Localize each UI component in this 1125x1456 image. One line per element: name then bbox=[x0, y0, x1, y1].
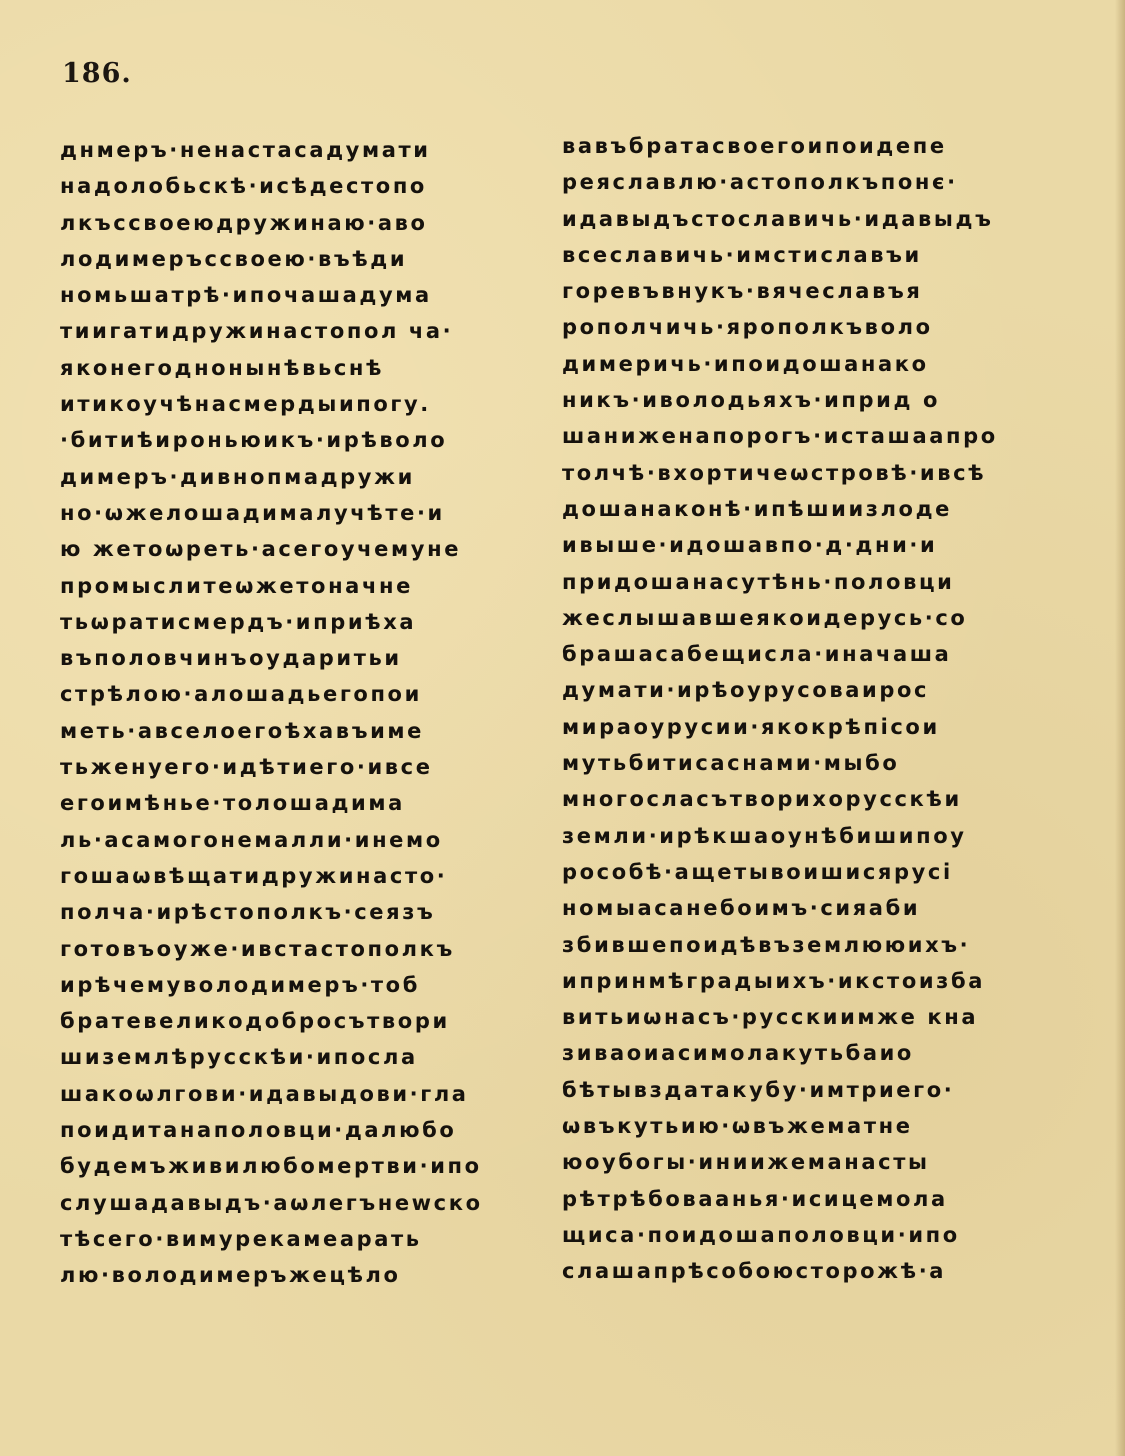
manuscript-line: номьшатрѣ·ипочашадума bbox=[60, 277, 520, 313]
manuscript-line: юоубогы·иниижеманасты bbox=[562, 1144, 1042, 1180]
page-edge-shadow bbox=[1115, 0, 1125, 1456]
manuscript-line: ѡвъкутьию·ѡвъжематне bbox=[562, 1108, 1042, 1144]
manuscript-line: тиигатидружинастопол ча· bbox=[60, 313, 520, 349]
manuscript-line: лю·володимеръжецѣло bbox=[60, 1257, 520, 1293]
manuscript-line: мутьбитисаснами·мыбо bbox=[562, 745, 1042, 781]
manuscript-line: въполовчинъоударитьи bbox=[60, 640, 520, 676]
manuscript-line: ивыше·идошавпо·д·дни·и bbox=[562, 527, 1042, 563]
manuscript-line: слушадавыдъ·аѡлегънеwско bbox=[60, 1185, 520, 1221]
manuscript-line: но·ѡжелошадималучѣте·и bbox=[60, 495, 520, 531]
manuscript-line: вавъбратасвоегоипоидепе bbox=[562, 128, 1042, 164]
manuscript-line: ипринмѣградыихъ·икстоизба bbox=[562, 963, 1042, 999]
manuscript-line: щиса·поидошаполовци·ипо bbox=[562, 1217, 1042, 1253]
manuscript-line: полча·ирѣстополкъ·сеязъ bbox=[60, 894, 520, 930]
manuscript-line: будемъживилюбомертви·ипо bbox=[60, 1148, 520, 1184]
manuscript-line: поидитанаполовци·далюбо bbox=[60, 1112, 520, 1148]
manuscript-line: збившепоидѣвъземлююихъ· bbox=[562, 927, 1042, 963]
manuscript-line: лкъссвоеюдружинаю·аво bbox=[60, 205, 520, 241]
manuscript-line: витьиѡнасъ·русскиимже кна bbox=[562, 999, 1042, 1035]
manuscript-line: надолобьскѣ·исѣдестопо bbox=[60, 168, 520, 204]
manuscript-line: димеричь·ипоидошанако bbox=[562, 346, 1042, 382]
manuscript-line: яконегоднонынѣвьснѣ bbox=[60, 350, 520, 386]
manuscript-line: ю жетоѡреть·асегоучемуне bbox=[60, 531, 520, 567]
manuscript-line: идавыдъстославичь·идавыдъ bbox=[562, 201, 1042, 237]
manuscript-line: многосласътворихорусскѣи bbox=[562, 781, 1042, 817]
manuscript-line: рополчичь·ярополкъволо bbox=[562, 309, 1042, 345]
manuscript-line: шаниженапорогъ·исташаапро bbox=[562, 418, 1042, 454]
manuscript-line: шакоѡлгови·идавыдови·гла bbox=[60, 1076, 520, 1112]
manuscript-line: меть·авселоегоѣхавъиме bbox=[60, 713, 520, 749]
manuscript-line: бѣтывздатакубу·имтриего· bbox=[562, 1072, 1042, 1108]
manuscript-line: итикоучѣнасмердыипогу. bbox=[60, 386, 520, 422]
manuscript-line: егоимѣнье·толошадима bbox=[60, 785, 520, 821]
manuscript-line: горевъвнукъ·вячеславъя bbox=[562, 273, 1042, 309]
manuscript-line: стрѣлою·алошадьегопои bbox=[60, 676, 520, 712]
manuscript-line: придошанасутѣнь·половци bbox=[562, 564, 1042, 600]
manuscript-line: гошаѡвѣщатидружинасто· bbox=[60, 858, 520, 894]
manuscript-line: днмеръ·ненастасадумати bbox=[60, 132, 520, 168]
manuscript-line: ирѣчемуволодимеръ·тоб bbox=[60, 967, 520, 1003]
page-number: 186. bbox=[62, 58, 132, 89]
left-text-column: днмеръ·ненастасадуматинадолобьскѣ·исѣдес… bbox=[60, 132, 520, 1294]
manuscript-line: никъ·иволодьяхъ·иприд о bbox=[562, 382, 1042, 418]
manuscript-line: тьженуего·идѣтиего·ивсе bbox=[60, 749, 520, 785]
manuscript-line: готовъоуже·ивстастополкъ bbox=[60, 931, 520, 967]
manuscript-line: жеслышавшеякоидерусь·со bbox=[562, 600, 1042, 636]
manuscript-line: мираоурусии·якокрѣпісои bbox=[562, 709, 1042, 745]
manuscript-line: всеславичь·имстиславъи bbox=[562, 237, 1042, 273]
manuscript-line: рособѣ·ащетывоишисярусі bbox=[562, 854, 1042, 890]
manuscript-line: тѣсего·вимурекамеарать bbox=[60, 1221, 520, 1257]
manuscript-line: номыасанебоимъ·сияаби bbox=[562, 890, 1042, 926]
manuscript-line: димеръ·дивнопмадружи bbox=[60, 459, 520, 495]
manuscript-line: земли·ирѣкшаоунѣбишипоу bbox=[562, 818, 1042, 854]
manuscript-line: реяславлю·астополкъпонє· bbox=[562, 164, 1042, 200]
manuscript-line: рѣтрѣбоваанья·исицемола bbox=[562, 1181, 1042, 1217]
manuscript-line: толчѣ·вхортичеѡстровѣ·ивсѣ bbox=[562, 455, 1042, 491]
manuscript-line: слашапрѣсобоюсторожѣ·а bbox=[562, 1253, 1042, 1289]
manuscript-line: шиземлѣрусскѣи·ипосла bbox=[60, 1039, 520, 1075]
right-text-column: вавъбратасвоегоипоидепереяславлю·астопол… bbox=[562, 128, 1042, 1290]
manuscript-line: зиваоиасимолакутьбаио bbox=[562, 1035, 1042, 1071]
manuscript-line: лодимеръссвоею·въѣди bbox=[60, 241, 520, 277]
manuscript-line: тьѡратисмердъ·иприѣха bbox=[60, 604, 520, 640]
manuscript-line: промыслитеѡжетоначне bbox=[60, 568, 520, 604]
manuscript-line: думати·ирѣоурусоваирос bbox=[562, 672, 1042, 708]
manuscript-line: ль·асамогонемалли·инемо bbox=[60, 822, 520, 858]
manuscript-line: дошанаконѣ·ипѣшиизлоде bbox=[562, 491, 1042, 527]
manuscript-line: братевеликодобросътвори bbox=[60, 1003, 520, 1039]
manuscript-line: брашасабещисла·иначаша bbox=[562, 636, 1042, 672]
manuscript-line: ·битиѣироньюикъ·ирѣволо bbox=[60, 422, 520, 458]
